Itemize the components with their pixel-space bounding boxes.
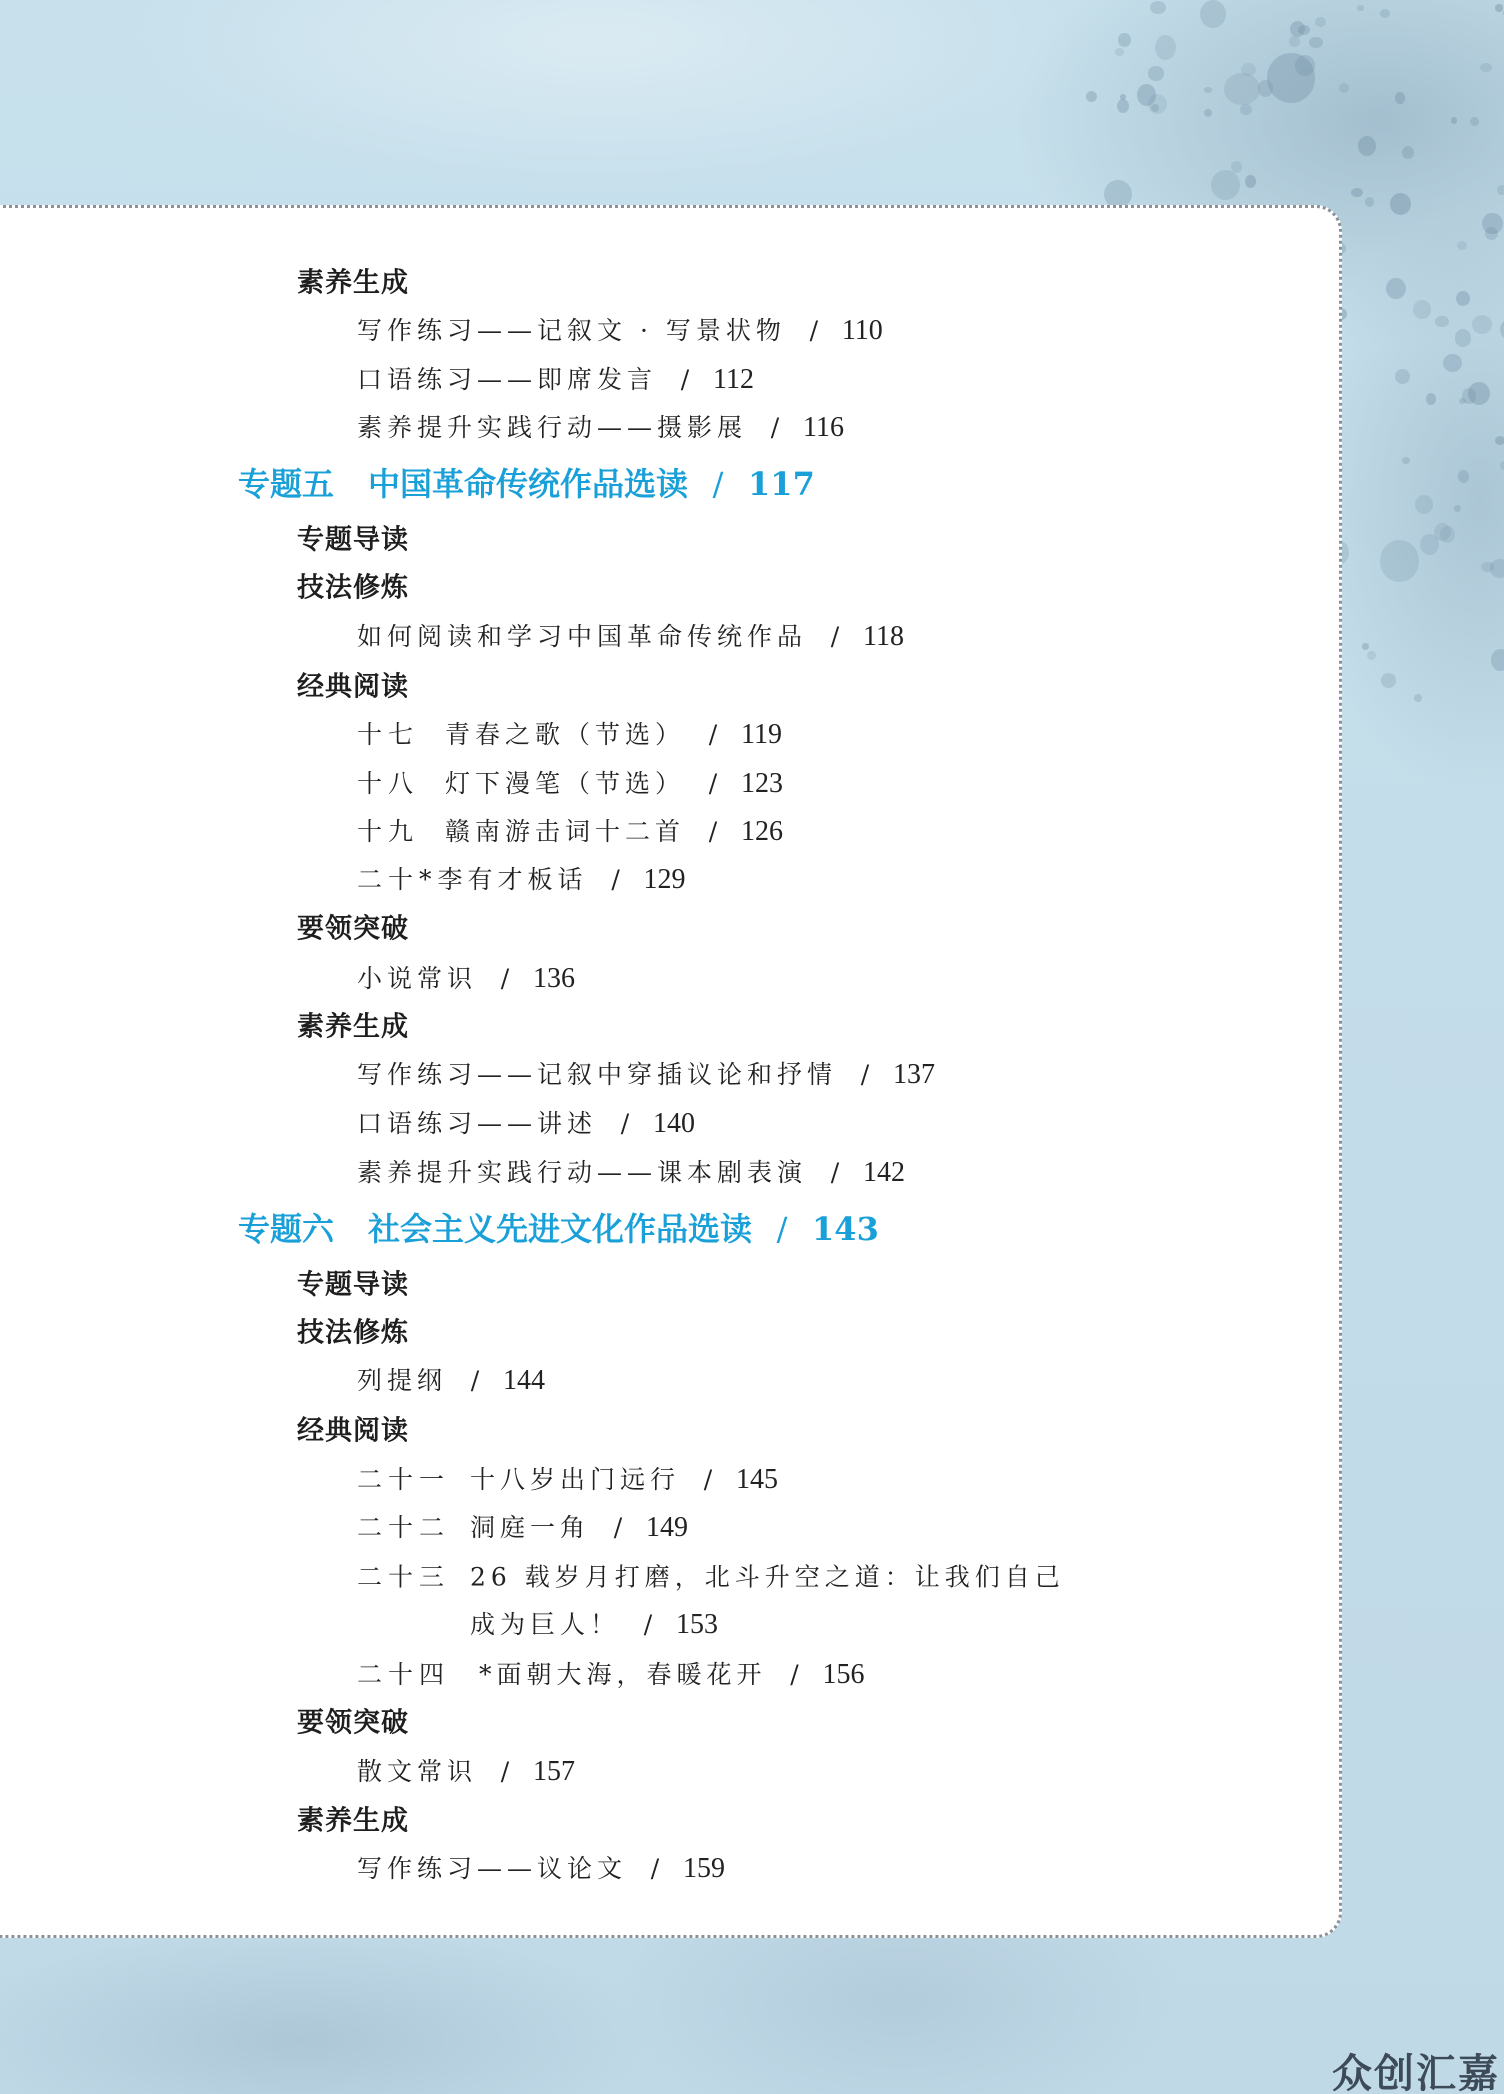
entry-title: 素养提升实践行动——摄影展 bbox=[357, 413, 747, 442]
page-number: 157 bbox=[533, 1756, 575, 1787]
entry-title: 小说常识 bbox=[357, 964, 477, 993]
topic-label: 专题六 bbox=[238, 1210, 334, 1248]
entry-title: 写作练习——记叙中穿插议论和抒情 bbox=[357, 1060, 837, 1089]
page-number: 153 bbox=[676, 1609, 718, 1640]
toc-entry[interactable]: 十七青春之歌（节选）/119 bbox=[357, 721, 782, 749]
page-number: 112 bbox=[713, 364, 754, 395]
section-heading: 要领突破 bbox=[297, 916, 409, 943]
section-heading: 专题导读 bbox=[297, 1272, 409, 1299]
lesson-number: 十八 bbox=[357, 771, 445, 796]
entry-title: 十八岁出门远行 bbox=[470, 1465, 680, 1494]
lesson-number: 二十* bbox=[357, 867, 438, 892]
lesson-number: 十九 bbox=[357, 819, 445, 844]
toc-entry[interactable]: 二十四*面朝大海，春暖花开/156 bbox=[357, 1661, 865, 1689]
toc-entry[interactable]: 素养提升实践行动——课本剧表演/142 bbox=[357, 1159, 905, 1187]
toc-entry[interactable]: 十八灯下漫笔（节选）/123 bbox=[357, 770, 783, 798]
section-heading: 素养生成 bbox=[297, 270, 409, 297]
page-number: 140 bbox=[653, 1108, 695, 1139]
section-heading: 技法修炼 bbox=[297, 575, 409, 602]
page-number: 117 bbox=[748, 465, 815, 503]
entry-title: 赣南游击词十二首 bbox=[445, 817, 685, 846]
toc-entry[interactable]: 十九赣南游击词十二首/126 bbox=[357, 818, 783, 846]
separator: / bbox=[688, 468, 748, 500]
separator: / bbox=[767, 1662, 823, 1687]
lesson-number: 二十三 bbox=[357, 1565, 470, 1590]
separator: / bbox=[786, 318, 842, 343]
page-number: 145 bbox=[736, 1464, 778, 1495]
topic-heading[interactable]: 专题六社会主义先进文化作品选读/143 bbox=[238, 1213, 879, 1245]
page-number: 156 bbox=[823, 1659, 865, 1690]
separator: / bbox=[588, 867, 644, 892]
toc-entry[interactable]: 口语练习——即席发言/112 bbox=[357, 366, 754, 394]
separator: / bbox=[752, 1213, 812, 1245]
page-number: 149 bbox=[646, 1512, 688, 1543]
toc-entry[interactable]: 小说常识/136 bbox=[357, 965, 575, 993]
entry-title: 灯下漫笔（节选） bbox=[445, 769, 685, 798]
page-number: 159 bbox=[683, 1853, 725, 1884]
lesson-number: 十七 bbox=[357, 722, 445, 747]
topic-title: 中国革命传统作品选读 bbox=[368, 465, 688, 503]
page-number: 119 bbox=[741, 719, 782, 750]
entry-title: 李有才板话 bbox=[438, 865, 588, 894]
entry-title: 26 载岁月打磨，北斗升空之道：让我们自己 bbox=[470, 1563, 1065, 1592]
entry-title: 洞庭一角 bbox=[470, 1513, 590, 1542]
page-number: 116 bbox=[803, 412, 844, 443]
entry-title: 写作练习——记叙文 · 写景状物 bbox=[357, 316, 786, 345]
entry-title: 口语练习——讲述 bbox=[357, 1109, 597, 1138]
entry-title: 成为巨人！ bbox=[470, 1610, 620, 1639]
entry-title: 写作练习——议论文 bbox=[357, 1854, 627, 1883]
lesson-number: 二十一 bbox=[357, 1467, 470, 1492]
toc-entry[interactable]: 二十一十八岁出门远行/145 bbox=[357, 1466, 778, 1494]
page-number: 137 bbox=[893, 1059, 935, 1090]
topic-label: 专题五 bbox=[238, 465, 334, 503]
toc-entry[interactable]: 写作练习——记叙文 · 写景状物/110 bbox=[357, 317, 883, 345]
separator: / bbox=[807, 624, 863, 649]
toc-entry[interactable]: 口语练习——讲述/140 bbox=[357, 1110, 695, 1138]
section-heading: 经典阅读 bbox=[297, 674, 409, 701]
separator: / bbox=[807, 1160, 863, 1185]
lesson-number: 二十四 bbox=[357, 1662, 479, 1687]
section-heading: 技法修炼 bbox=[297, 1320, 409, 1347]
separator: / bbox=[620, 1612, 676, 1637]
separator: / bbox=[685, 819, 741, 844]
toc-entry[interactable]: 二十*李有才板话/129 bbox=[357, 866, 686, 894]
toc-entry[interactable]: 二十三26 载岁月打磨，北斗升空之道：让我们自己 bbox=[357, 1565, 1065, 1590]
separator: / bbox=[747, 415, 803, 440]
section-heading: 经典阅读 bbox=[297, 1418, 409, 1445]
separator: / bbox=[590, 1515, 646, 1540]
separator: / bbox=[477, 966, 533, 991]
toc-entry[interactable]: 写作练习——议论文/159 bbox=[357, 1855, 725, 1883]
entry-title: *面朝大海，春暖花开 bbox=[479, 1660, 767, 1689]
topic-title: 社会主义先进文化作品选读 bbox=[368, 1210, 752, 1248]
separator: / bbox=[685, 771, 741, 796]
toc-entry[interactable]: 二十二洞庭一角/149 bbox=[357, 1514, 688, 1542]
section-heading: 要领突破 bbox=[297, 1710, 409, 1737]
page-number: 129 bbox=[644, 864, 686, 895]
separator: / bbox=[447, 1368, 503, 1393]
separator: / bbox=[477, 1759, 533, 1784]
entry-title: 口语练习——即席发言 bbox=[357, 365, 657, 394]
separator: / bbox=[680, 1467, 736, 1492]
page-number: 110 bbox=[842, 315, 883, 346]
separator: / bbox=[837, 1062, 893, 1087]
entry-title: 青春之歌（节选） bbox=[445, 720, 685, 749]
entry-title: 素养提升实践行动——课本剧表演 bbox=[357, 1158, 807, 1187]
watermark-logo: 众创汇嘉 bbox=[1332, 2054, 1500, 2094]
separator: / bbox=[627, 1856, 683, 1881]
toc-entry-continuation[interactable]: 成为巨人！/153 bbox=[470, 1611, 718, 1639]
entry-title: 散文常识 bbox=[357, 1757, 477, 1786]
page-number: 143 bbox=[812, 1210, 879, 1248]
page-number: 136 bbox=[533, 963, 575, 994]
page-number: 123 bbox=[741, 768, 783, 799]
entry-title: 列提纲 bbox=[357, 1366, 447, 1395]
lesson-number: 二十二 bbox=[357, 1515, 470, 1540]
toc-entry[interactable]: 散文常识/157 bbox=[357, 1758, 575, 1786]
section-heading: 素养生成 bbox=[297, 1014, 409, 1041]
page-number: 142 bbox=[863, 1157, 905, 1188]
toc-entry[interactable]: 写作练习——记叙中穿插议论和抒情/137 bbox=[357, 1061, 935, 1089]
toc-entry[interactable]: 列提纲/144 bbox=[357, 1367, 545, 1395]
entry-title: 如何阅读和学习中国革命传统作品 bbox=[357, 622, 807, 651]
page-number: 144 bbox=[503, 1365, 545, 1396]
topic-heading[interactable]: 专题五中国革命传统作品选读/117 bbox=[238, 468, 815, 500]
toc-entry[interactable]: 素养提升实践行动——摄影展/116 bbox=[357, 414, 844, 442]
separator: / bbox=[685, 722, 741, 747]
section-heading: 专题导读 bbox=[297, 527, 409, 554]
page-number: 118 bbox=[863, 621, 904, 652]
toc-entry[interactable]: 如何阅读和学习中国革命传统作品/118 bbox=[357, 623, 904, 651]
separator: / bbox=[597, 1111, 653, 1136]
page-number: 126 bbox=[741, 816, 783, 847]
section-heading: 素养生成 bbox=[297, 1808, 409, 1835]
separator: / bbox=[657, 367, 713, 392]
